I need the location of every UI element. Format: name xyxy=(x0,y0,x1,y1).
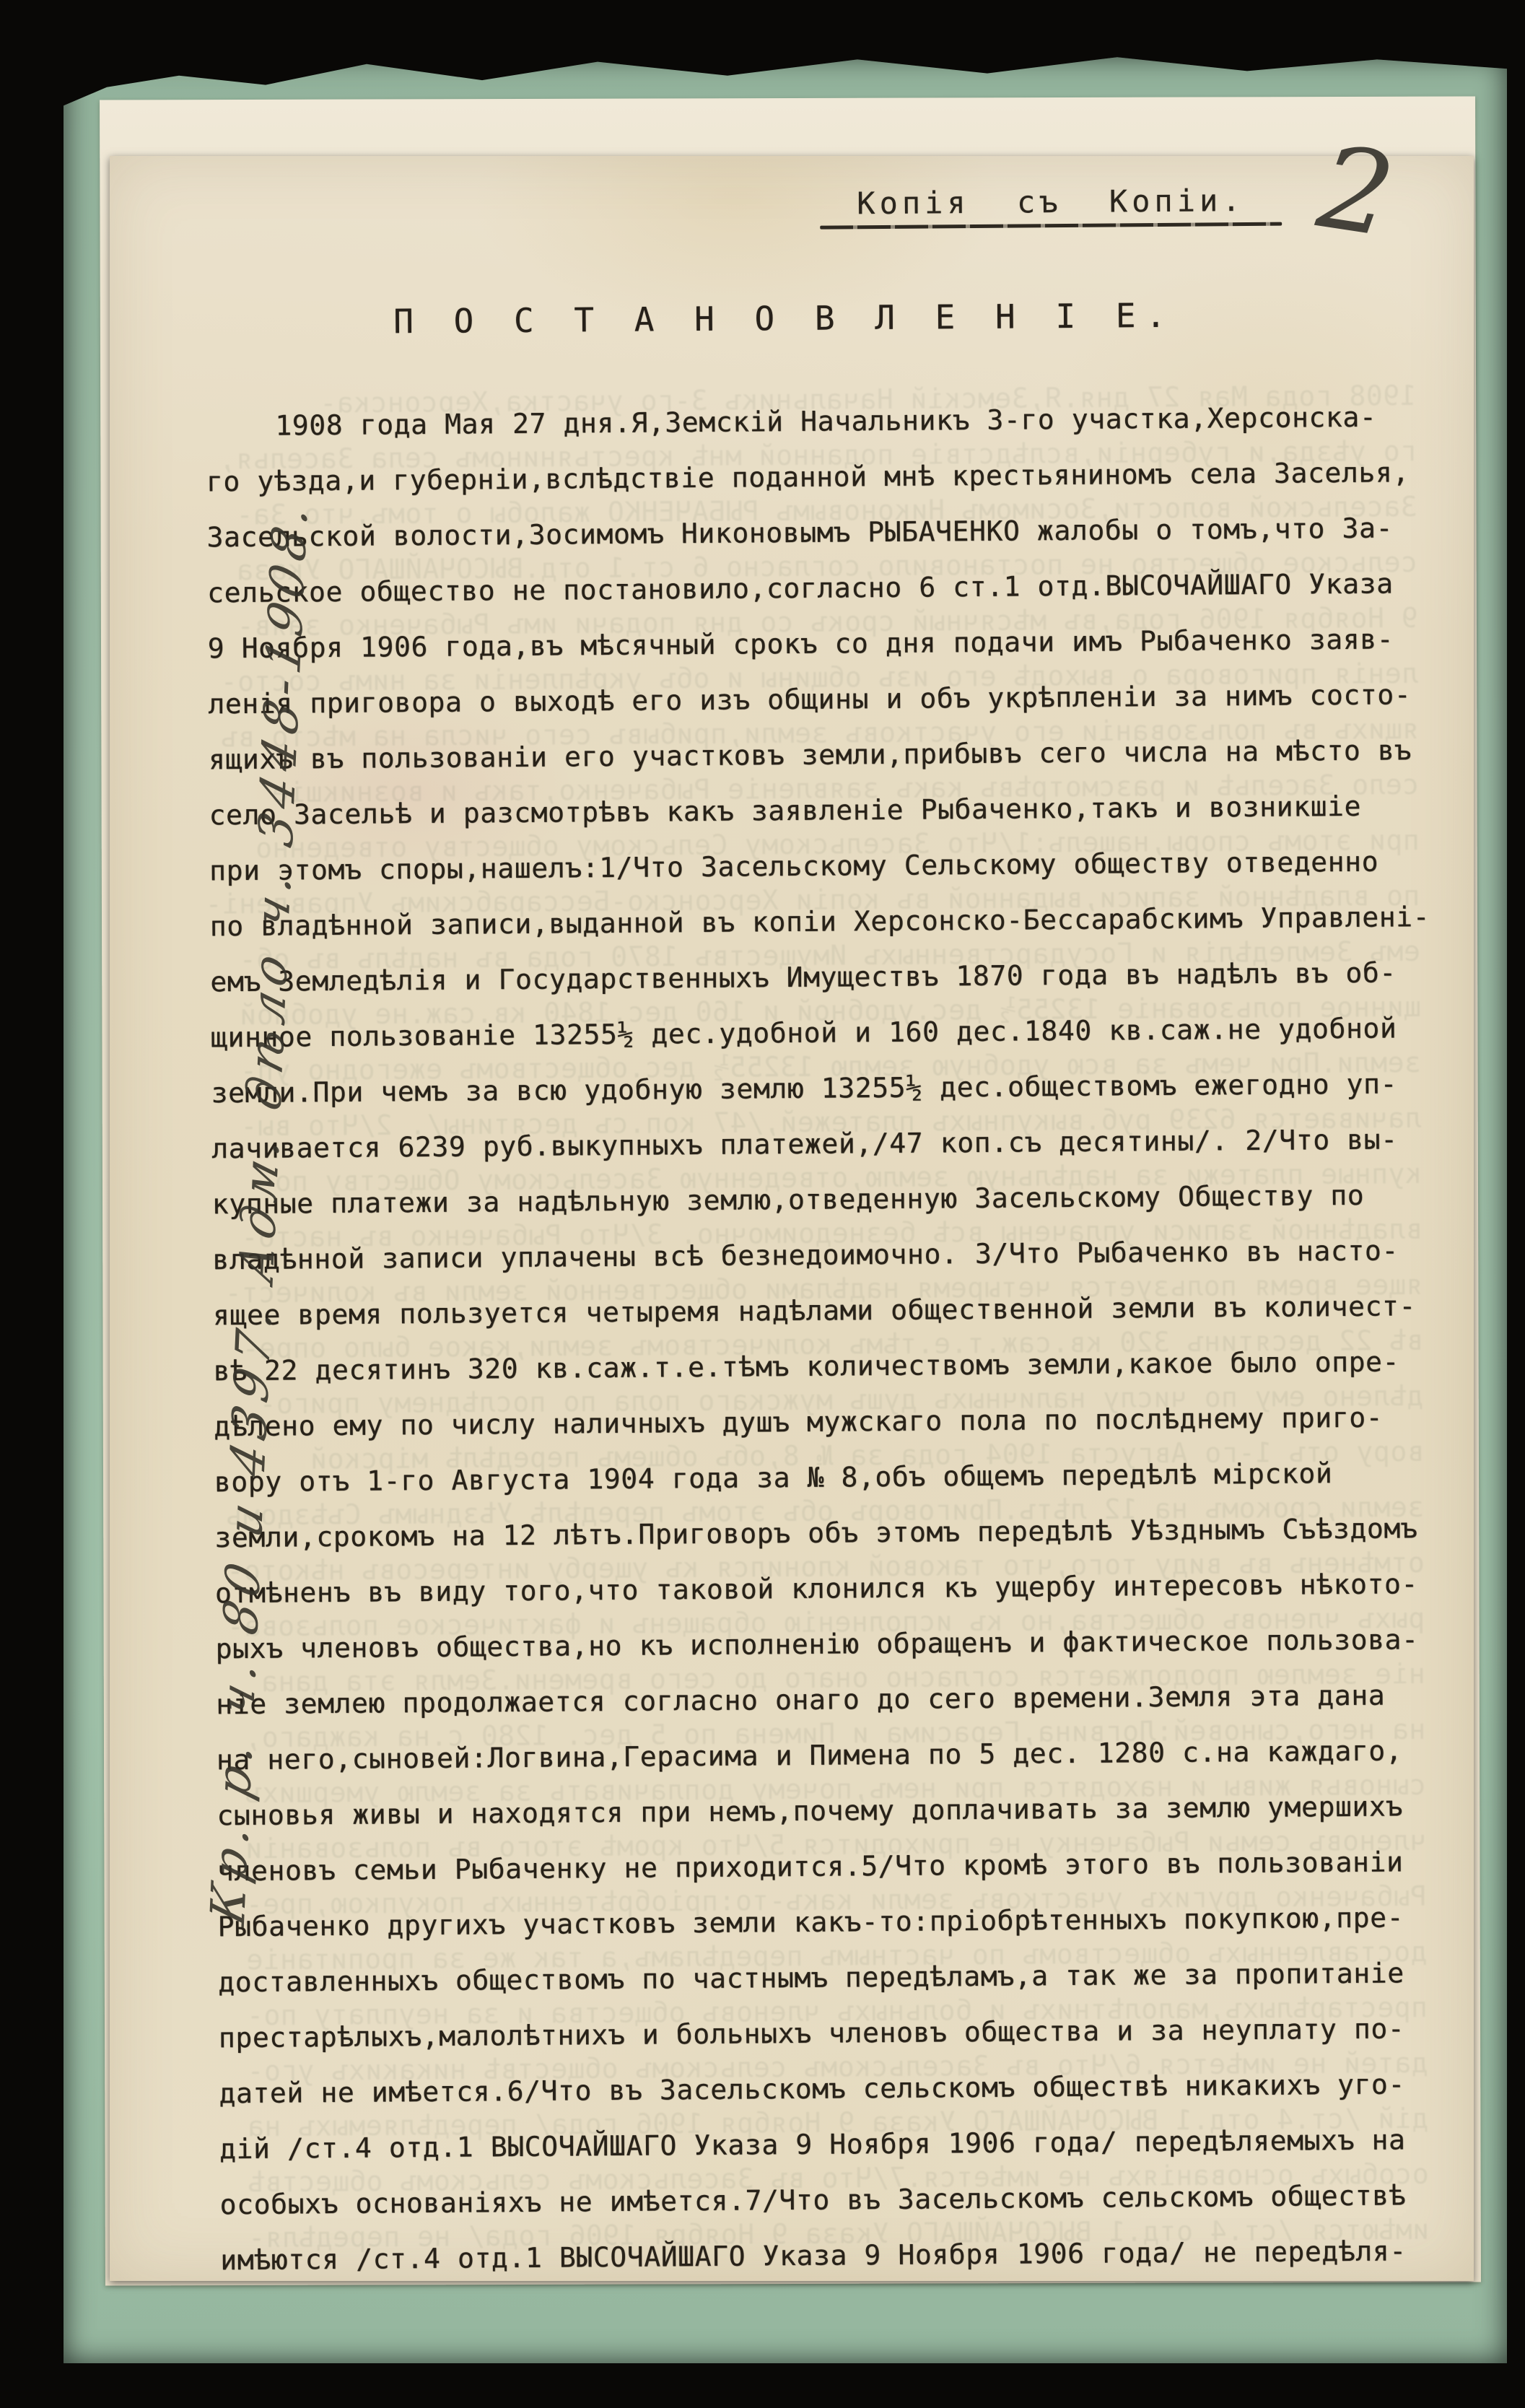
typed-text-line: сыновья живы и находятся при немъ,почему… xyxy=(217,1779,1444,1844)
typed-text-line: вѣ 22 десятинъ 320 кв.саж.т.е.тѣмъ колич… xyxy=(213,1334,1441,1399)
typed-text-line: дій /ст.4 отд.1 ВЫСОЧАЙШАГО Указа 9 Нояб… xyxy=(219,2112,1447,2177)
typed-text-line: Рыбаченко другихъ участковъ земли какъ-т… xyxy=(217,1890,1445,1955)
typed-text-line: рыхъ членовъ общества,но къ исполненію о… xyxy=(215,1612,1443,1677)
typed-text-line: ящее время пользуется четыремя надѣлами … xyxy=(213,1278,1441,1343)
typed-text-line: емъ Земледѣлія и Государственныхъ Имущес… xyxy=(210,945,1438,1010)
typed-text-line: имѣются /ст.4 отд.1 ВЫСОЧАЙШАГО Указа 9 … xyxy=(220,2223,1448,2288)
document-page: 1908 года Мая 27 дня.Я,Земскій Начальник… xyxy=(110,156,1474,2281)
typed-text-line: сельское общество не постановило,согласн… xyxy=(207,556,1435,621)
copy-note-underline xyxy=(820,222,1282,230)
typed-text-line: лачивается 6239 руб.выкупныхъ платежей,/… xyxy=(211,1112,1439,1177)
typed-text-line: при этомъ споры,нашелъ:1/Что Засельскому… xyxy=(209,834,1437,899)
typed-text-line: го уѣзда,и губерніи,вслѣдствіе поданной … xyxy=(206,445,1434,510)
typed-text-line: 1908 года Мая 27 дня.Я,Земскій Начальник… xyxy=(206,389,1433,454)
typed-text-line: ящихъ въ пользованіи его участковъ земли… xyxy=(209,723,1436,788)
typed-text-line: членовъ семьи Рыбаченку не приходится.5/… xyxy=(217,1834,1445,1899)
typed-text-line: датей не имѣется.6/Что въ Засельскомъ се… xyxy=(219,2056,1446,2121)
typed-text-line: доставленныхъ обществомъ по частнымъ пер… xyxy=(218,1945,1446,2010)
typed-text-line: вору отъ 1-го Августа 1904 года за № 8,о… xyxy=(214,1445,1442,1510)
typed-text-line: на него,сыновей:Логвина,Герасима и Пимен… xyxy=(217,1723,1444,1788)
typed-text-line: купные платежи за надѣльную землю,отведе… xyxy=(212,1167,1440,1232)
typed-text-line: дѣлено ему по числу наличныхъ душъ мужск… xyxy=(214,1390,1441,1454)
page-content: Копія съ Копіи. 2 П О С Т А Н О В Л Е Н … xyxy=(101,151,1482,2287)
typed-text-line: владѣнной записи уплачены всѣ безнедоимо… xyxy=(212,1223,1440,1288)
typed-text-line: село Засельѣ и разсмотрѣвъ какъ заявлені… xyxy=(209,778,1436,843)
typed-text-line: Засельской волости,Зосимомъ Никоновымъ Р… xyxy=(206,500,1434,565)
typed-text-line: отмѣненъ въ виду того,что таковой клонил… xyxy=(215,1556,1443,1621)
typed-text-line: престарѣлыхъ,малолѣтнихъ и больныхъ член… xyxy=(219,2001,1446,2066)
copy-note-block: Копія съ Копіи. xyxy=(827,183,1275,230)
copy-note-label: Копія съ Копіи. xyxy=(857,183,1245,221)
typed-text-line: 9 Ноября 1906 года,въ мѣсячный срокъ со … xyxy=(207,611,1435,676)
typed-text-line: по владѣнной записи,выданной въ копіи Хе… xyxy=(209,889,1437,954)
typed-text-line: особыхъ основаніяхъ не имѣется.7/Что въ … xyxy=(219,2168,1447,2233)
typed-text-line: ленія приговора о выходѣ его изъ общины … xyxy=(208,667,1436,732)
typed-text-line: земли.При чемъ за всю удобную землю 1325… xyxy=(211,1056,1438,1121)
typed-text-line: земли,срокомъ на 12 лѣтъ.Приговоръ объ э… xyxy=(214,1501,1442,1566)
document-title: П О С Т А Н О В Л Е Н І Е. xyxy=(102,294,1467,344)
typed-text-line: щинное пользованіе 13255½ дес.удобной и … xyxy=(211,1000,1438,1065)
archival-photo-scene: 1908 года Мая 27 дня.Я,Земскій Начальник… xyxy=(0,0,1525,2408)
typed-text-line: ніе землею продолжается согласно онаго д… xyxy=(216,1667,1443,1732)
typed-body-text: 1908 года Мая 27 дня.Я,Земскій Начальник… xyxy=(206,389,1448,2288)
